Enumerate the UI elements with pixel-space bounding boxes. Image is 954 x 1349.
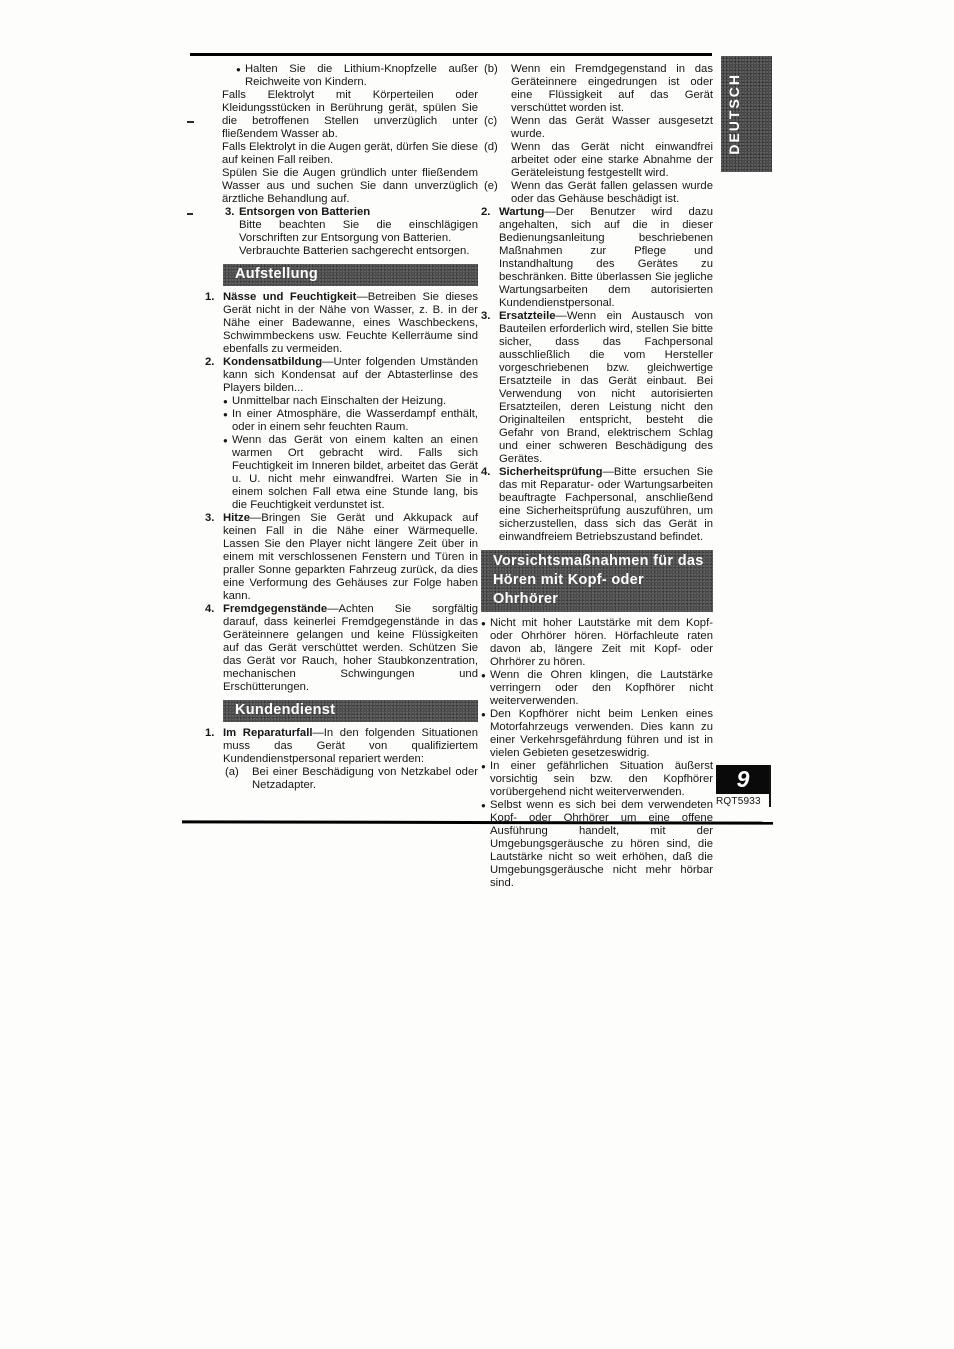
list-item-keyword: Sicherheitsprüfung: [499, 466, 603, 478]
list-item: 2. Kondensatbildung—Unter folgenden Umst…: [205, 356, 478, 512]
list-item: 3. Hitze—Bringen Sie Gerät und Akkupack …: [205, 512, 478, 603]
list-item-number: 4.: [481, 466, 499, 544]
list-item: 4. Sicherheitsprüfung—Bitte ersuchen Sie…: [481, 466, 713, 544]
list-item-text: Wenn das Gerät Wasser ausgesetzt wurde.: [511, 115, 713, 141]
list-item-text: Bei einer Beschädigung von Netzkabel ode…: [252, 766, 478, 792]
section-heading-headphones: Vorsichtsmaßnahmen für das Hören mit Kop…: [481, 550, 713, 612]
bullet-icon: ●: [481, 708, 490, 760]
list-item-text: —Der Benutzer wird dazu angehalten, sich…: [499, 206, 713, 309]
scan-artifact: [187, 121, 194, 123]
list-item: 3. Ersatzteile—Wenn ein Austausch von Ba…: [481, 310, 713, 466]
list-item: ● Unmittelbar nach Einschalten der Heizu…: [223, 395, 478, 408]
list-item-keyword: Kondensatbildung: [223, 356, 322, 368]
list-item: ● Halten Sie die Lithium-Knopfzelle auße…: [236, 63, 478, 89]
list-item-title: Entsorgen von Batterien: [239, 206, 478, 219]
section-heading-aufstellung: Aufstellung: [223, 264, 478, 286]
bullet-text: In einer Atmosphäre, die Wasserdampf ent…: [232, 408, 478, 434]
list-item-label: (c): [484, 115, 511, 141]
list-item-label: (b): [484, 63, 511, 115]
model-code: RQT5933: [716, 796, 761, 807]
list-item-text: Verbrauchte Batterien sachgerecht entsor…: [239, 245, 478, 258]
bullet-text: In einer gefährlichen Situation äußerst …: [490, 760, 713, 799]
list-item: (c) Wenn das Gerät Wasser ausgesetzt wur…: [484, 115, 713, 141]
list-item: (a) Bei einer Beschädigung von Netzkabel…: [225, 766, 478, 792]
bullet-text: Unmittelbar nach Einschalten der Heizung…: [232, 395, 478, 408]
list-item: ● In einer Atmosphäre, die Wasserdampf e…: [223, 408, 478, 434]
bullet-text: Wenn das Gerät von einem kalten an einen…: [232, 434, 478, 512]
language-tab-label: DEUTSCH: [726, 73, 742, 155]
bullet-icon: ●: [481, 669, 490, 708]
list-item-keyword: Ersatzteile: [499, 310, 556, 322]
bullet-text: Wenn die Ohren klingen, die Lautstärke v…: [490, 669, 713, 708]
language-tab-deutsch: DEUTSCH: [721, 56, 772, 172]
section-heading-label: Aufstellung: [235, 266, 318, 282]
bullet-icon: ●: [223, 395, 232, 408]
list-item: 1. Nässe und Feuchtigkeit—Betreiben Sie …: [205, 291, 478, 356]
list-item: (b) Wenn ein Fremdgegenstand in das Gerä…: [484, 63, 713, 115]
list-item-text: —Bringen Sie Gerät und Akkupack auf kein…: [223, 512, 478, 602]
list-item-body: Im Reparaturfall—In den folgenden Situat…: [223, 727, 478, 766]
bullet-icon: ●: [481, 760, 490, 799]
bullet-icon: ●: [223, 434, 232, 512]
list-item: 2. Wartung—Der Benutzer wird dazu angeha…: [481, 206, 713, 310]
list-item-body: Hitze—Bringen Sie Gerät und Akkupack auf…: [223, 512, 478, 603]
list-item-text: Wenn das Gerät nicht einwandfrei arbeite…: [511, 141, 713, 180]
list-item: ● Wenn die Ohren klingen, die Lautstärke…: [481, 669, 713, 708]
list-item-body: Kondensatbildung—Unter folgenden Umständ…: [223, 356, 478, 512]
list-item-number: 1.: [205, 291, 223, 356]
bullet-text: Halten Sie die Lithium-Knopfzelle außer …: [245, 63, 478, 89]
list-item-number: 1.: [205, 727, 223, 766]
top-rule: [190, 53, 712, 56]
section-heading-label-line1: Vorsichtsmaßnahmen für das: [493, 552, 707, 571]
list-item: ● In einer gefährlichen Situation äußers…: [481, 760, 713, 799]
paragraph: Spülen Sie die Augen gründlich unter fli…: [222, 167, 478, 206]
list-item-keyword: Im Reparaturfall: [223, 727, 312, 739]
bullet-icon: ●: [481, 617, 490, 669]
list-item-text: —Wenn ein Austausch von Bauteilen erford…: [499, 310, 713, 465]
list-item-label: (a): [225, 766, 252, 792]
manual-page: DEUTSCH ● Halten Sie die Lithium-Knopfze…: [0, 0, 954, 1349]
page-number: 9: [716, 765, 770, 793]
list-item-number: 4.: [205, 603, 223, 694]
list-item-body: Fremdgegenstände—Achten Sie sorgfältig d…: [223, 603, 478, 694]
list-item-text: Wenn das Gerät fallen gelassen wurde ode…: [511, 180, 713, 206]
list-item-text: Bitte beachten Sie die einschlägigen Vor…: [239, 219, 478, 245]
list-item-body: Wartung—Der Benutzer wird dazu angehalte…: [499, 206, 713, 310]
list-item-text: Wenn ein Fremdgegenstand in das Gerätein…: [511, 63, 713, 115]
list-item-number: 3.: [205, 512, 223, 603]
list-item-number: 3.: [481, 310, 499, 466]
page-number-box-tail-rule: [769, 765, 771, 807]
section-heading-label-line2: Hören mit Kopf- oder Ohrhörer: [493, 571, 707, 609]
bullet-text: Den Kopfhörer nicht beim Lenken eines Mo…: [490, 708, 713, 760]
paragraph: Falls Elektrolyt mit Körperteilen oder K…: [222, 89, 478, 141]
list-item-keyword: Hitze: [223, 512, 250, 524]
bullet-icon: ●: [236, 63, 245, 89]
list-item-keyword: Wartung: [499, 206, 544, 218]
list-item: 3. Entsorgen von Batterien Bitte beachte…: [225, 206, 478, 258]
list-item: 1. Im Reparaturfall—In den folgenden Sit…: [205, 727, 478, 766]
bottom-rule: [182, 820, 773, 824]
scan-artifact: [187, 213, 193, 215]
bullet-text: Selbst wenn es sich bei dem verwendeten …: [490, 799, 713, 890]
list-item-number: 2.: [205, 356, 223, 512]
list-item-body: Nässe und Feuchtigkeit—Betreiben Sie die…: [223, 291, 478, 356]
list-item: 4. Fremdgegenstände—Achten Sie sorgfälti…: [205, 603, 478, 694]
bullet-text: Nicht mit hoher Lautstärke mit dem Kopf-…: [490, 617, 713, 669]
list-item: ● Wenn das Gerät von einem kalten an ein…: [223, 434, 478, 512]
list-item-keyword: Nässe und Feuchtigkeit: [223, 291, 356, 303]
list-item: ● Den Kopfhörer nicht beim Lenken eines …: [481, 708, 713, 760]
list-item-label: (e): [484, 180, 511, 206]
left-column: ● Halten Sie die Lithium-Knopfzelle auße…: [205, 63, 478, 792]
bullet-icon: ●: [223, 408, 232, 434]
list-item-label: (d): [484, 141, 511, 180]
list-item-text: —Achten Sie sorgfältig darauf, dass kein…: [223, 603, 478, 693]
paragraph: Falls Elektrolyt in die Augen gerät, dür…: [222, 141, 478, 167]
bullet-icon: ●: [481, 799, 490, 890]
list-item: ● Nicht mit hoher Lautstärke mit dem Kop…: [481, 617, 713, 669]
section-heading-kundendienst: Kundendienst: [223, 700, 478, 722]
list-item-body: Entsorgen von Batterien Bitte beachten S…: [239, 206, 478, 258]
list-item: ● Selbst wenn es sich bei dem verwendete…: [481, 799, 713, 890]
list-item-body: Sicherheitsprüfung—Bitte ersuchen Sie da…: [499, 466, 713, 544]
list-item: (e) Wenn das Gerät fallen gelassen wurde…: [484, 180, 713, 206]
list-item-keyword: Fremdgegenstände: [223, 603, 327, 615]
list-item-body: Ersatzteile—Wenn ein Austausch von Baute…: [499, 310, 713, 466]
list-item-number: 3.: [225, 206, 239, 258]
right-column: (b) Wenn ein Fremdgegenstand in das Gerä…: [481, 63, 713, 890]
list-item-number: 2.: [481, 206, 499, 310]
section-heading-label: Kundendienst: [235, 702, 335, 718]
list-item: (d) Wenn das Gerät nicht einwandfrei arb…: [484, 141, 713, 180]
page-number-box: 9: [716, 765, 770, 794]
